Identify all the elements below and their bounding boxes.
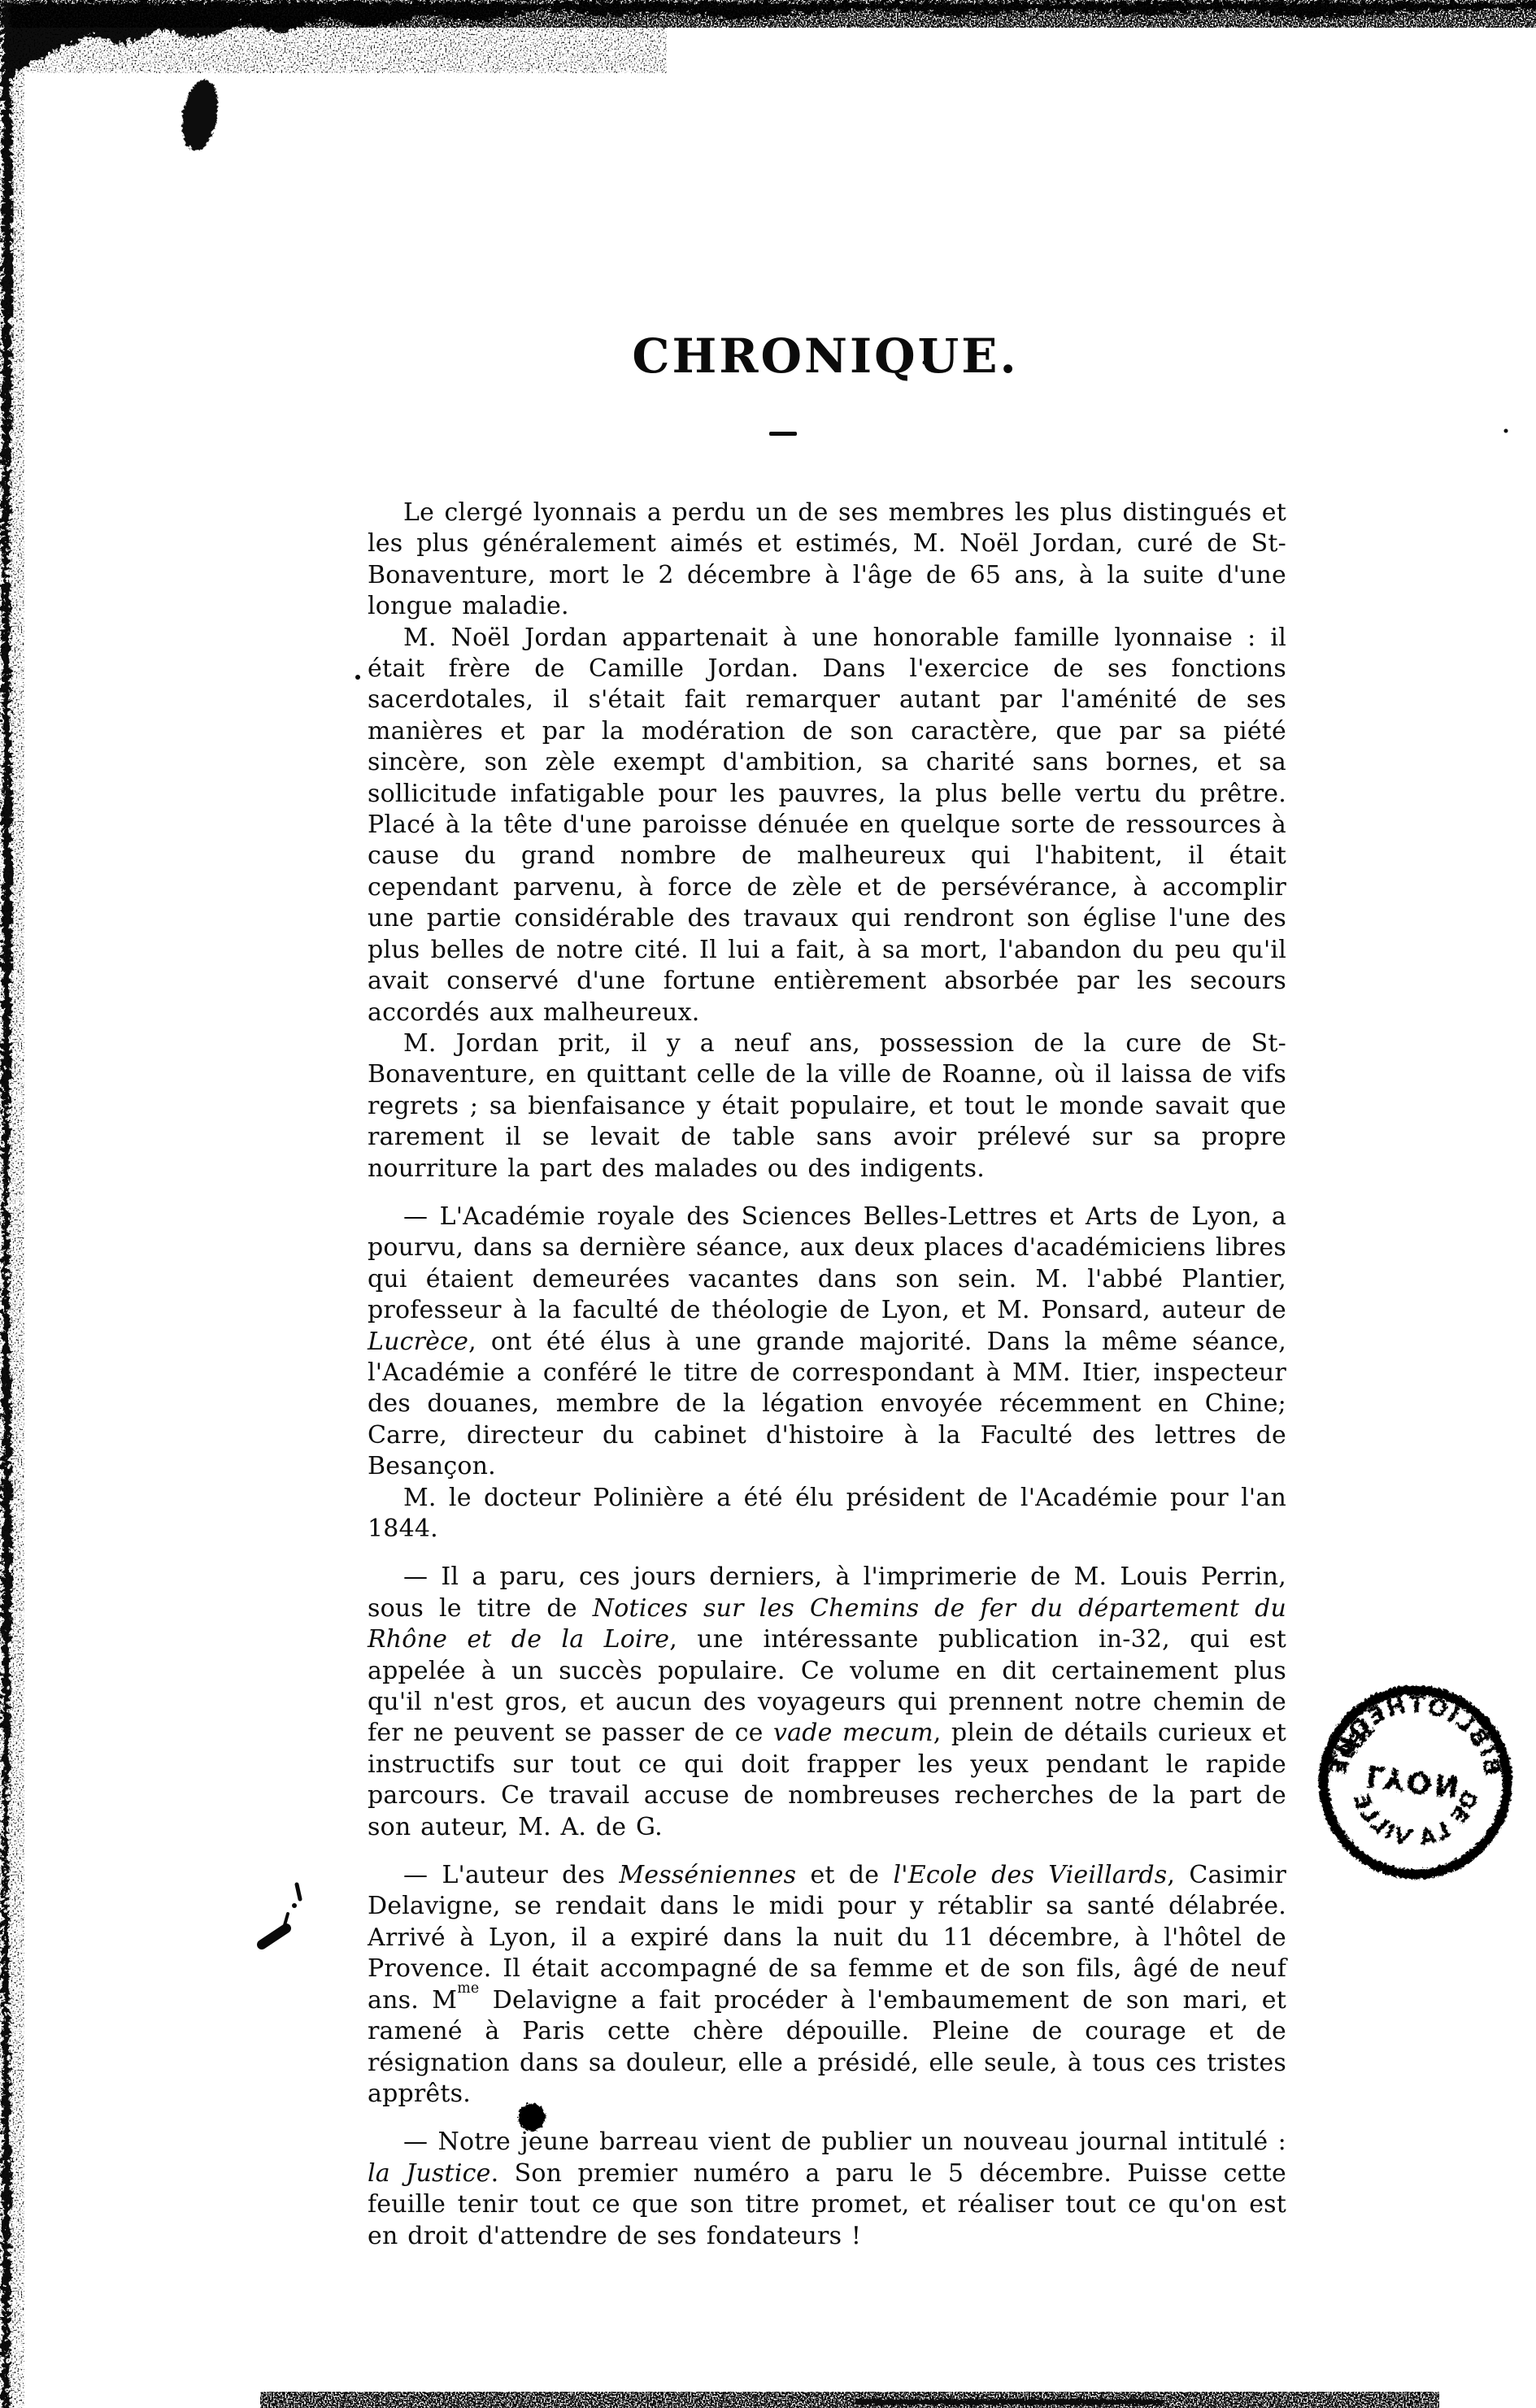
body-text: — L'Académie royale des Sciences Belles-… <box>368 1202 1286 1324</box>
paragraph: M. Noël Jordan appartenait à une honorab… <box>368 623 1286 1028</box>
paragraph: M. Jordan prit, il y a neuf ans, possess… <box>368 1028 1286 1184</box>
paragraph: — L'Académie royale des Sciences Belles-… <box>368 1202 1286 1483</box>
body-text: M. Noël Jordan appartenait à une honorab… <box>368 624 1286 1027</box>
stamp-ring <box>1325 1689 1508 1873</box>
margin-pen-marks <box>262 1884 300 1945</box>
stamp-arc-top-text: BIBLIOTHÈQUE <box>1325 1690 1508 1777</box>
paragraph: M. le docteur Polinière a été élu présid… <box>368 1483 1286 1545</box>
superscript-text: me <box>457 1980 479 1997</box>
italic-text: la Justice <box>368 2159 491 2188</box>
italic-text: Messéniennes <box>619 1861 796 1889</box>
stray-speck-margin <box>355 675 360 680</box>
article-body: Le clergé lyonnais a perdu un de ses mem… <box>368 498 1286 2252</box>
paragraph: Le clergé lyonnais a perdu un de ses mem… <box>368 498 1286 623</box>
body-text: et de <box>796 1861 893 1889</box>
ink-blob <box>176 76 221 151</box>
italic-text: vade mecum <box>773 1719 933 1747</box>
torn-top-edge <box>0 0 1536 81</box>
italic-text: Lucrèce <box>368 1328 468 1356</box>
stray-speck-right <box>1504 429 1508 433</box>
left-edge-speckle <box>0 0 24 2408</box>
top-edge-speckle <box>0 0 1536 28</box>
title-divider-rule <box>769 432 797 436</box>
page-title: CHRONIQUE. <box>350 328 1301 384</box>
svg-text:DE LA VILLE: DE LA VILLE <box>1348 1787 1485 1851</box>
italic-text: l'Ecole des Vieillards <box>894 1861 1168 1889</box>
bottom-edge-speckle <box>260 2392 1439 2408</box>
stamp-arc-bottom-text: DE LA VILLE <box>1348 1787 1485 1851</box>
stamp-year: 1892 <box>1325 1715 1382 1776</box>
body-text: , ont été élus à une grande majorité. Da… <box>368 1328 1286 1481</box>
svg-text:BIBLIOTHÈQUE: BIBLIOTHÈQUE <box>1325 1690 1508 1777</box>
body-text: Delavigne a fait procéder à l'embaumemen… <box>368 1986 1286 2108</box>
stamp-city: LYON <box>1365 1758 1465 1802</box>
body-text: M. Jordan prit, il y a neuf ans, possess… <box>368 1029 1286 1183</box>
paragraph: — Notre jeune barreau vient de publier u… <box>368 2127 1286 2252</box>
scanned-page: CHRONIQUE. Le clergé lyonnais a perdu un… <box>0 0 1536 2408</box>
paragraph: — Il a paru, ces jours derniers, à l'imp… <box>368 1562 1286 1843</box>
body-text: — L'auteur des <box>403 1861 619 1889</box>
paragraph: — L'auteur des Messéniennes et de l'Ecol… <box>368 1860 1286 2110</box>
library-stamp: BIBLIOTHÈQUE DE LA VILLE 1892 LYON <box>1325 1689 1508 1873</box>
body-text: Le clergé lyonnais a perdu un de ses mem… <box>368 498 1286 620</box>
body-text: M. le docteur Polinière a été élu présid… <box>368 1484 1286 1543</box>
bottom-edge-line <box>854 2398 1163 2404</box>
body-text: . Son premier numéro a paru le 5 décembr… <box>368 2159 1286 2250</box>
body-text: — Notre jeune barreau vient de publier u… <box>403 2128 1286 2156</box>
top-edge-speckle-lower <box>0 16 667 73</box>
left-page-edge <box>0 0 11 2408</box>
